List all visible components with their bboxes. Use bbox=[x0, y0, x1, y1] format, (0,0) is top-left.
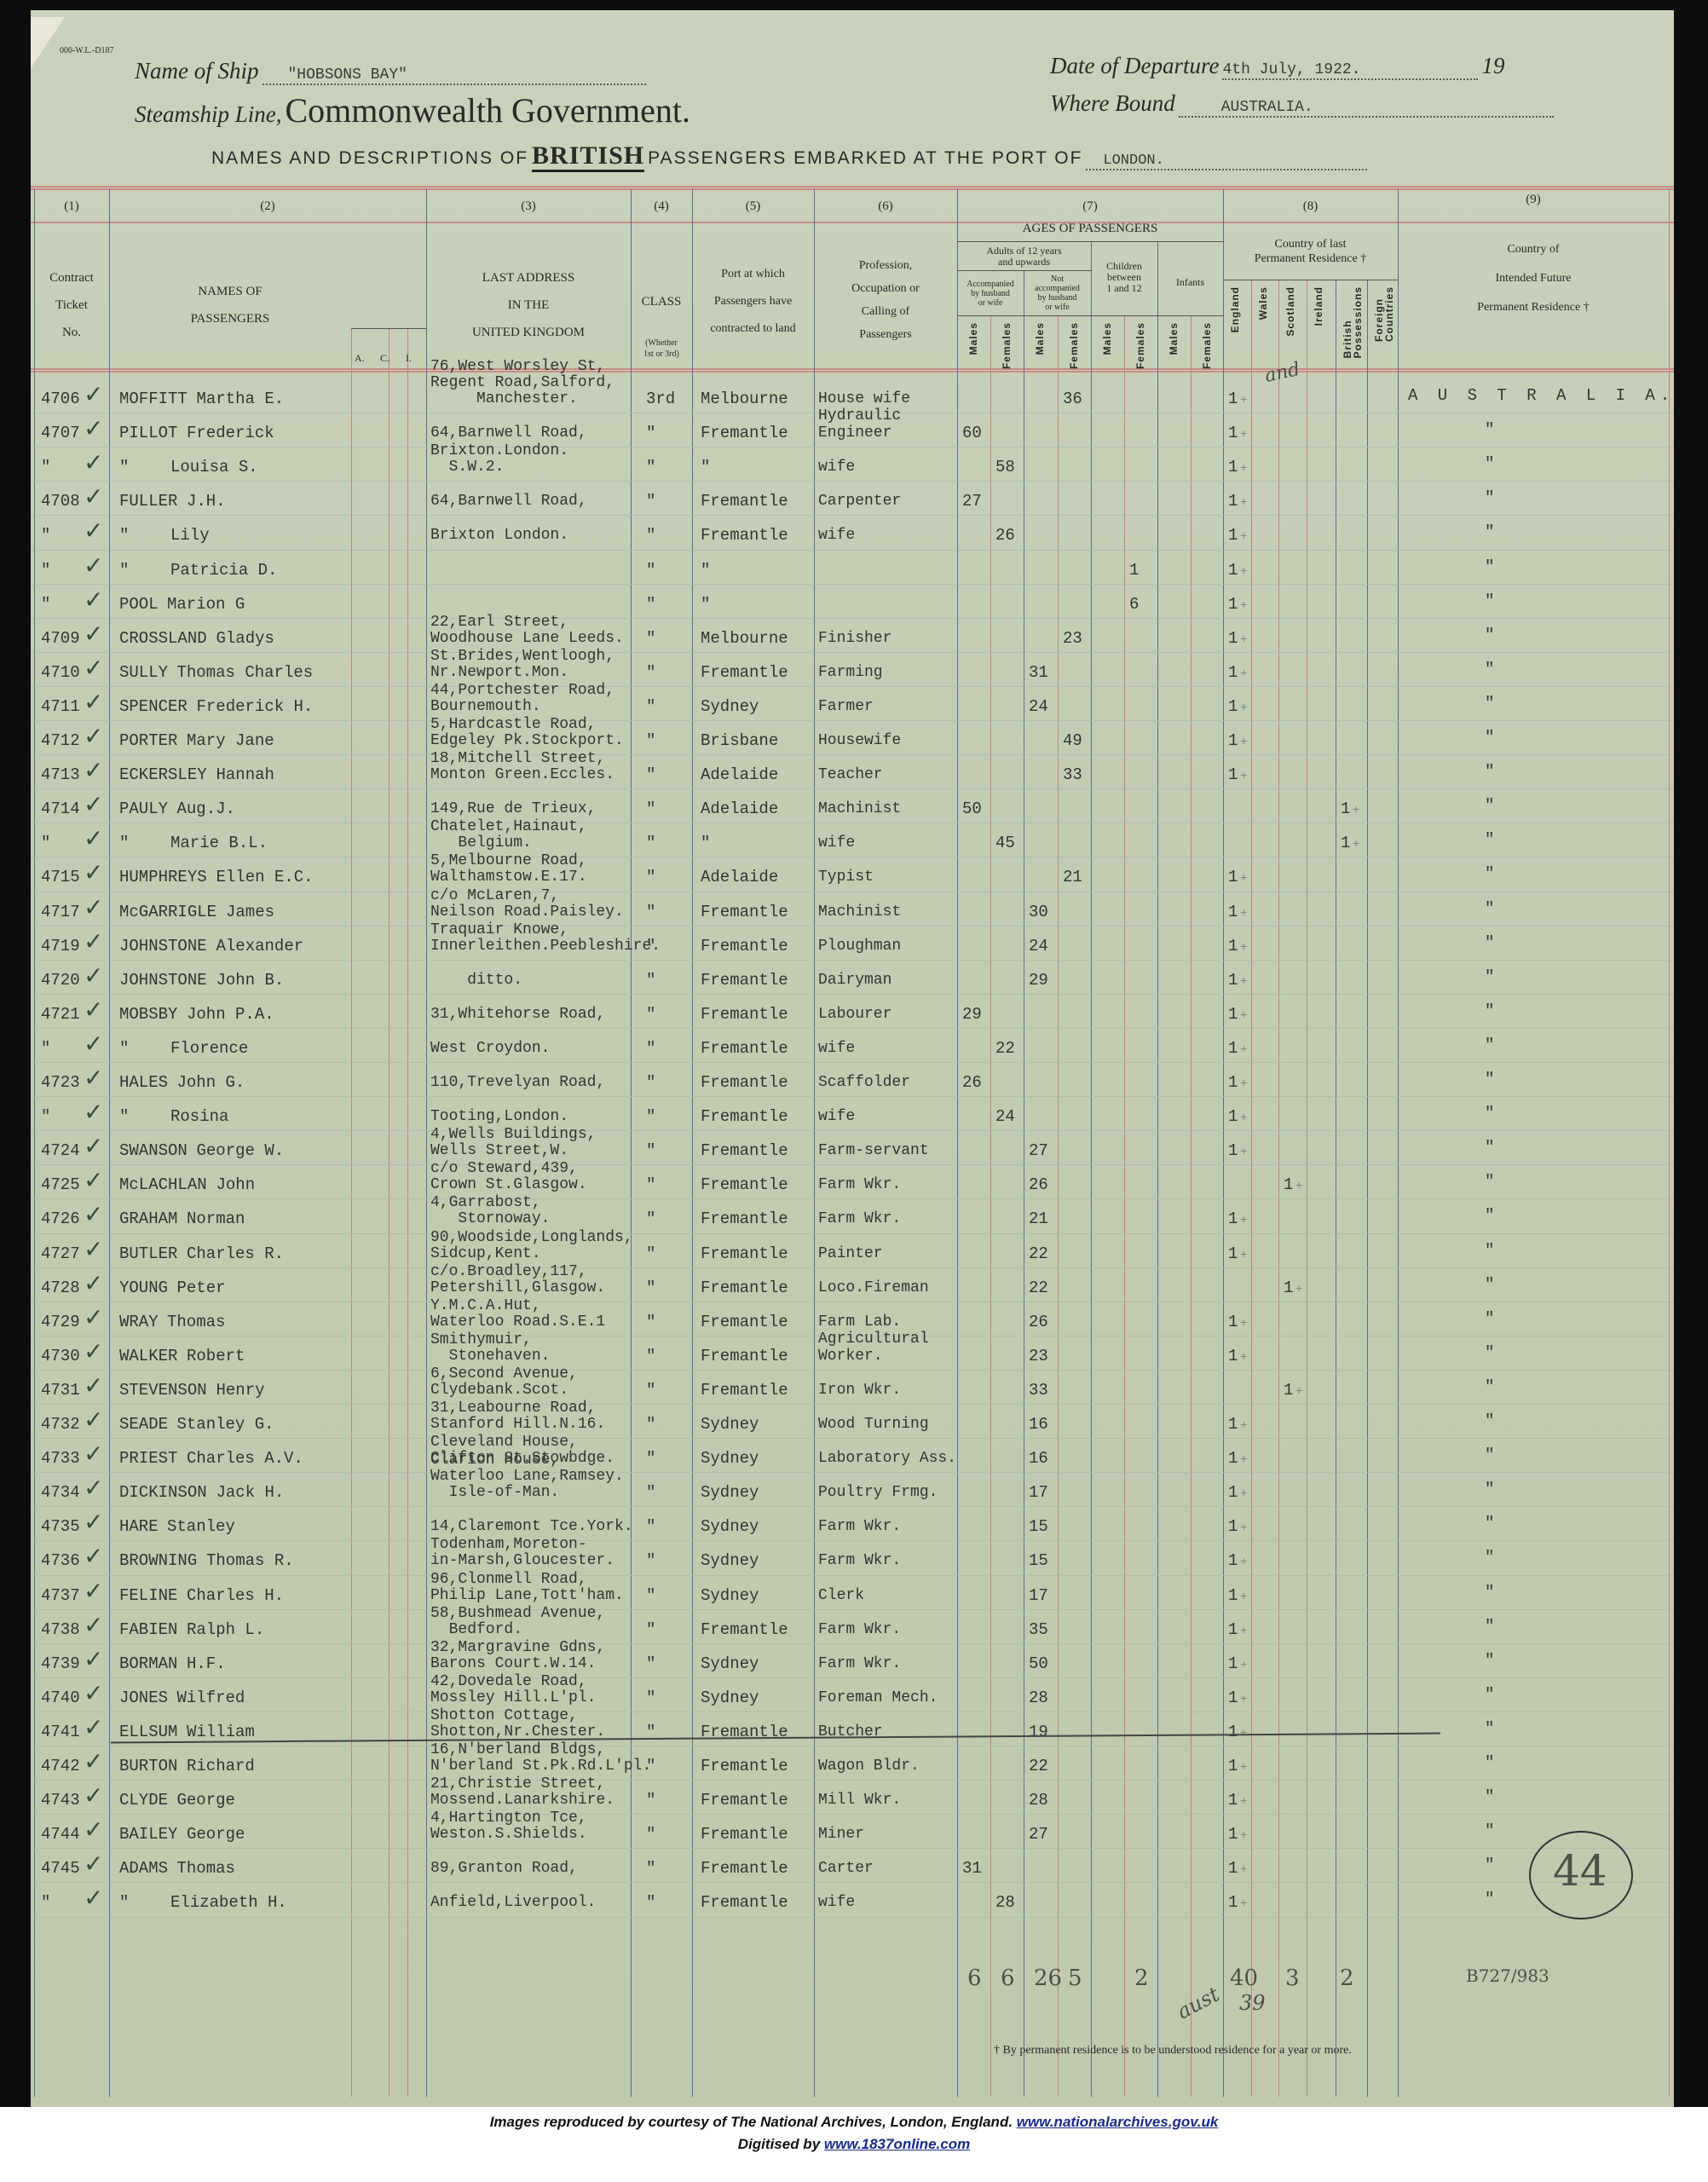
passenger-age: 19 bbox=[1029, 1723, 1048, 1740]
last-residence-mark: 1 bbox=[1228, 1074, 1238, 1091]
ticket-number: " bbox=[41, 596, 50, 613]
port-of-landing: Fremantle bbox=[701, 1279, 788, 1296]
row-rule bbox=[31, 1780, 1674, 1781]
last-residence-mark: 1 bbox=[1228, 1348, 1238, 1365]
passenger-age: 22 bbox=[1029, 1758, 1048, 1775]
row-rule bbox=[31, 857, 1674, 857]
credits-bar: Images reproduced by courtesy of The Nat… bbox=[0, 2107, 1708, 2182]
age-subheader-males: Males bbox=[967, 322, 979, 355]
last-address: Smithymuir, Stonehaven. bbox=[430, 1332, 550, 1365]
passenger-class: " bbox=[646, 1621, 655, 1638]
occupation: Farm Wkr. bbox=[818, 1552, 901, 1569]
ticket-number: " bbox=[41, 527, 50, 544]
departure-label: Date of Departure bbox=[1050, 53, 1219, 78]
passenger-class: " bbox=[646, 1382, 655, 1399]
last-address: 64,Barnwell Road, bbox=[430, 494, 587, 510]
checkmark-icon: ✓ bbox=[84, 620, 103, 648]
row-rule bbox=[31, 1575, 1674, 1576]
passenger-class: " bbox=[646, 1074, 655, 1091]
last-residence-mark: 1 bbox=[1228, 527, 1238, 544]
row-rule bbox=[31, 1472, 1674, 1473]
passenger-class: " bbox=[646, 1176, 655, 1193]
plus-mark: + bbox=[1240, 426, 1247, 443]
plus-mark: + bbox=[1240, 1110, 1247, 1127]
passenger-class: " bbox=[646, 732, 655, 749]
column-rule bbox=[1398, 189, 1399, 2097]
future-residence: " bbox=[1485, 1002, 1494, 1019]
plus-mark: + bbox=[1295, 1281, 1302, 1298]
ticket-number: 4723 bbox=[41, 1074, 80, 1091]
passenger-age: 26 bbox=[1029, 1176, 1048, 1193]
folded-corner bbox=[31, 17, 65, 68]
port-value: LONDON. bbox=[1086, 153, 1367, 170]
residence-total-british: 2 bbox=[1340, 1966, 1354, 1991]
future-residence: A U S T R A L I A. bbox=[1408, 387, 1675, 404]
last-address: 42,Dovedale Road, Mossley Hill.L'pl. bbox=[430, 1674, 596, 1706]
title-suffix: PASSENGERS EMBARKED AT THE PORT OF bbox=[648, 148, 1082, 168]
column-rule bbox=[1307, 280, 1307, 2097]
occupation: Farm Wkr. bbox=[818, 1176, 901, 1193]
port-of-landing: Sydney bbox=[701, 1518, 759, 1535]
passenger-given-name: Ralph L. bbox=[187, 1621, 264, 1638]
last-address: 6,Second Avenue, Clydebank.Scot. bbox=[430, 1366, 578, 1399]
checkmark-icon: ✓ bbox=[84, 1611, 103, 1639]
last-residence-mark: 1 bbox=[1228, 664, 1238, 681]
column-rule bbox=[1091, 241, 1092, 2097]
last-address: Shotton Cottage, Shotton,Nr.Chester. bbox=[430, 1708, 605, 1740]
passenger-class: " bbox=[646, 664, 655, 681]
passenger-given-name: Charles A.V. bbox=[187, 1450, 303, 1467]
plus-mark: + bbox=[1240, 1212, 1247, 1229]
passenger-given-name: Aug.J. bbox=[177, 800, 235, 817]
plus-mark: + bbox=[1240, 1623, 1247, 1640]
column-rule bbox=[1251, 280, 1252, 2097]
future-residence: " bbox=[1485, 661, 1494, 678]
ticket-number: 4707 bbox=[41, 424, 80, 442]
future-residence: " bbox=[1485, 1242, 1494, 1259]
passenger-surname: ELLSUM bbox=[119, 1723, 177, 1740]
ticket-number: 4710 bbox=[41, 664, 80, 681]
row-rule bbox=[31, 1917, 1674, 1918]
port-of-landing: Melbourne bbox=[701, 630, 788, 647]
occupation: Foreman Mech. bbox=[818, 1689, 938, 1706]
last-address: 4,Hartington Tce, Weston.S.Shields. bbox=[430, 1810, 587, 1843]
last-residence-mark: 1 bbox=[1228, 459, 1238, 476]
passenger-class: " bbox=[646, 766, 655, 783]
occupation: wife bbox=[818, 1894, 855, 1911]
checkmark-icon: ✓ bbox=[84, 482, 103, 511]
passenger-surname: SEADE bbox=[119, 1416, 168, 1433]
future-residence: " bbox=[1485, 1105, 1494, 1122]
checkmark-icon: ✓ bbox=[84, 1303, 103, 1331]
occupation: wife bbox=[818, 527, 855, 544]
row-rule bbox=[31, 960, 1674, 961]
row-rule bbox=[31, 926, 1674, 926]
row-rule bbox=[31, 1370, 1674, 1371]
occupation: Agricultural Worker. bbox=[818, 1331, 929, 1365]
port-of-landing: Sydney bbox=[701, 1655, 759, 1672]
port-of-landing: Fremantle bbox=[701, 1894, 788, 1911]
checkmark-icon: ✓ bbox=[84, 448, 103, 476]
occupation: wife bbox=[818, 834, 855, 851]
row-rule bbox=[31, 1882, 1674, 1883]
ticket-number: " bbox=[41, 834, 50, 851]
port-of-landing: Fremantle bbox=[701, 1792, 788, 1809]
ticket-number: 4719 bbox=[41, 938, 80, 955]
passenger-class: " bbox=[646, 1313, 655, 1331]
port-of-landing: " bbox=[701, 562, 710, 579]
passenger-given-name: Patricia D. bbox=[170, 562, 277, 579]
future-residence: " bbox=[1485, 1788, 1494, 1805]
passenger-age: 33 bbox=[1029, 1382, 1048, 1399]
passenger-surname: BUTLER bbox=[119, 1245, 177, 1262]
ticket-number: 4715 bbox=[41, 869, 80, 886]
ticket-number: 4729 bbox=[41, 1313, 80, 1331]
port-of-landing: " bbox=[701, 459, 710, 476]
passenger-surname: FULLER bbox=[119, 493, 177, 510]
passenger-surname: PORTER bbox=[119, 732, 177, 749]
last-address: 149,Rue de Trieux, bbox=[430, 801, 596, 817]
passenger-age: 24 bbox=[1029, 698, 1048, 715]
passenger-class: " bbox=[646, 1826, 655, 1843]
ticket-number: 4727 bbox=[41, 1245, 80, 1262]
ticket-number: 4730 bbox=[41, 1348, 80, 1365]
passenger-age: 6 bbox=[1129, 596, 1139, 613]
port-of-landing: Sydney bbox=[701, 1587, 759, 1604]
row-rule bbox=[31, 584, 1674, 585]
future-residence: " bbox=[1485, 421, 1494, 438]
title-prefix: NAMES AND DESCRIPTIONS OF bbox=[211, 148, 528, 168]
column-rule bbox=[34, 189, 35, 2097]
age-subheader-males: Males bbox=[1168, 322, 1180, 355]
passenger-given-name: Charles H. bbox=[187, 1587, 284, 1604]
passenger-surname: MOBSBY bbox=[119, 1006, 177, 1023]
ticket-number: 4735 bbox=[41, 1518, 80, 1535]
port-of-landing: Sydney bbox=[701, 1416, 759, 1433]
checkmark-icon: ✓ bbox=[84, 996, 103, 1024]
passenger-given-name: John P.A. bbox=[187, 1006, 274, 1023]
plus-mark: + bbox=[1240, 1349, 1247, 1366]
plus-mark: + bbox=[1353, 802, 1359, 819]
row-rule bbox=[31, 1506, 1674, 1507]
column-rule bbox=[1157, 241, 1158, 2097]
passenger-class: " bbox=[646, 1348, 655, 1365]
col-number-7: (7) bbox=[957, 199, 1223, 214]
passenger-surname: McLACHLAN bbox=[119, 1176, 207, 1193]
last-residence-mark: 1 bbox=[1228, 1142, 1238, 1159]
passenger-surname: " bbox=[119, 834, 129, 851]
plus-mark: + bbox=[1295, 1178, 1302, 1195]
where-bound-field: Where Bound AUSTRALIA. bbox=[1050, 90, 1554, 118]
passenger-age: 17 bbox=[1029, 1484, 1048, 1501]
row-rule bbox=[31, 1712, 1674, 1712]
col-number-1: (1) bbox=[34, 199, 109, 214]
port-of-landing: " bbox=[701, 596, 710, 613]
plus-mark: + bbox=[1240, 1315, 1247, 1332]
row-rule bbox=[31, 618, 1674, 619]
checkmark-icon: ✓ bbox=[84, 1269, 103, 1297]
age-subheader-females: Females bbox=[1068, 322, 1080, 369]
checkmark-icon: ✓ bbox=[84, 586, 103, 614]
ticket-number: 4731 bbox=[41, 1382, 80, 1399]
header-last-address: LAST ADDRESS IN THE UNITED KINGDOM bbox=[426, 264, 631, 346]
last-address: 4,Wells Buildings, Wells Street,W. bbox=[430, 1127, 596, 1159]
plus-mark: + bbox=[1240, 939, 1247, 956]
ticket-number: 4738 bbox=[41, 1621, 80, 1638]
ticket-number: 4726 bbox=[41, 1210, 80, 1227]
checkmark-icon: ✓ bbox=[84, 1235, 103, 1263]
passenger-surname: " bbox=[119, 1040, 129, 1057]
passenger-class: " bbox=[646, 1279, 655, 1296]
age-total: 6 bbox=[967, 1966, 982, 1991]
passenger-given-name: Robert bbox=[187, 1348, 245, 1365]
ticket-number: 4709 bbox=[41, 630, 80, 647]
passenger-given-name: Frederick H. bbox=[197, 698, 314, 715]
occupation: Machinist bbox=[818, 903, 901, 921]
port-of-landing: Fremantle bbox=[701, 1348, 788, 1365]
column-rule bbox=[1191, 315, 1192, 2097]
occupation: Machinist bbox=[818, 800, 901, 817]
residence-subheader: British Possessions bbox=[1342, 286, 1363, 358]
passenger-surname: HALES bbox=[119, 1074, 168, 1091]
column-rule bbox=[631, 189, 632, 2097]
ticket-number: 4739 bbox=[41, 1655, 80, 1672]
credit-text-1: Images reproduced by courtesy of The Nat… bbox=[490, 2114, 1013, 2130]
row-rule bbox=[31, 1198, 1674, 1199]
future-residence: " bbox=[1485, 797, 1494, 814]
passenger-age: 49 bbox=[1063, 732, 1082, 749]
last-address: Tooting,London. bbox=[430, 1109, 568, 1125]
port-of-landing: Fremantle bbox=[701, 1176, 788, 1193]
row-rule bbox=[31, 1438, 1674, 1439]
passenger-age: 28 bbox=[1029, 1792, 1048, 1809]
header-children: Children between 1 and 12 bbox=[1091, 261, 1157, 294]
passenger-given-name: George W. bbox=[197, 1142, 285, 1159]
national-archives-link[interactable]: www.nationalarchives.gov.uk bbox=[1017, 2114, 1219, 2130]
form-code: 000-W.L.-D187 bbox=[60, 46, 114, 55]
passenger-age: 16 bbox=[1029, 1416, 1048, 1433]
port-of-landing: Fremantle bbox=[701, 1108, 788, 1125]
checkmark-icon: ✓ bbox=[84, 1166, 103, 1194]
plus-mark: + bbox=[1240, 1007, 1247, 1025]
last-residence-mark: 1 bbox=[1228, 493, 1238, 510]
sub-a: A. bbox=[355, 353, 365, 364]
checkmark-icon: ✓ bbox=[84, 1679, 103, 1707]
col-number-3: (3) bbox=[426, 199, 631, 214]
col-number-6: (6) bbox=[814, 199, 957, 214]
occupation: Finisher bbox=[818, 630, 892, 647]
checkmark-icon: ✓ bbox=[84, 1132, 103, 1160]
passenger-age: 24 bbox=[995, 1108, 1015, 1125]
departure-suffix: 19 bbox=[1481, 53, 1504, 78]
row-rule bbox=[31, 686, 1674, 687]
ticket-number: " bbox=[41, 1040, 50, 1057]
header-port: Port at which Passengers have contracted… bbox=[692, 261, 814, 343]
checkmark-icon: ✓ bbox=[84, 1884, 103, 1912]
last-address: ditto. bbox=[430, 973, 522, 989]
passenger-age: 60 bbox=[962, 424, 982, 442]
passenger-age: 50 bbox=[1029, 1655, 1048, 1672]
passenger-surname: YOUNG bbox=[119, 1279, 168, 1296]
occupation: Iron Wkr. bbox=[818, 1382, 901, 1399]
passenger-class: " bbox=[646, 1040, 655, 1057]
row-rule bbox=[31, 1404, 1674, 1405]
ticket-number: 4720 bbox=[41, 972, 80, 989]
passenger-class: " bbox=[646, 1860, 655, 1877]
last-address: 21,Christie Street, Mossend.Lanarkshire. bbox=[430, 1776, 615, 1809]
plus-mark: + bbox=[1240, 1896, 1247, 1913]
passenger-age: 21 bbox=[1029, 1210, 1048, 1227]
last-residence-mark: 1 bbox=[1228, 732, 1238, 749]
plus-mark: + bbox=[1240, 1759, 1247, 1776]
port-of-landing: Fremantle bbox=[701, 493, 788, 510]
column-rule bbox=[692, 189, 693, 2097]
checkmark-icon: ✓ bbox=[84, 551, 103, 580]
annotation-aust-count: 39 bbox=[1239, 1991, 1266, 2015]
row-rule bbox=[31, 1130, 1674, 1131]
last-address: St.Brides,Wentloogh, Nr.Newport.Mon. bbox=[430, 649, 615, 681]
future-residence: " bbox=[1485, 523, 1494, 540]
passenger-given-name: Wilfred bbox=[177, 1689, 245, 1706]
port-of-landing: Fremantle bbox=[701, 527, 788, 544]
row-rule bbox=[31, 1643, 1674, 1644]
last-address: Todenham,Moreton- in-Marsh,Gloucester. bbox=[430, 1537, 615, 1569]
occupation: Hydraulic Engineer bbox=[818, 407, 901, 442]
age-total: 2 bbox=[1134, 1966, 1149, 1991]
passenger-class: " bbox=[646, 1450, 655, 1467]
passenger-surname: " bbox=[119, 527, 129, 544]
last-residence-mark: 1 bbox=[1228, 1245, 1238, 1262]
future-residence: " bbox=[1485, 1720, 1494, 1737]
plus-mark: + bbox=[1240, 666, 1247, 683]
occupation: wife bbox=[818, 1108, 855, 1125]
passenger-class: " bbox=[646, 493, 655, 510]
last-residence-mark: 1 bbox=[1228, 630, 1238, 647]
last-residence-mark: 1 bbox=[1228, 1587, 1238, 1604]
passenger-surname: " bbox=[119, 562, 129, 579]
passenger-age: 26 bbox=[962, 1074, 982, 1091]
last-residence-mark: 1 bbox=[1228, 1621, 1238, 1638]
occupation: Farming bbox=[818, 664, 883, 681]
last-residence-mark: 1 bbox=[1228, 1313, 1238, 1331]
last-residence-mark: 1 bbox=[1228, 424, 1238, 442]
passenger-surname: FELINE bbox=[119, 1587, 177, 1604]
occupation: wife bbox=[818, 1040, 855, 1057]
future-residence: " bbox=[1485, 968, 1494, 985]
column-rule bbox=[407, 328, 408, 2097]
plus-mark: + bbox=[1240, 1042, 1247, 1059]
ticket-number: 4742 bbox=[41, 1758, 80, 1775]
port-of-landing: Adelaide bbox=[701, 800, 778, 817]
last-address: 89,Granton Road, bbox=[430, 1861, 578, 1877]
passenger-age: 28 bbox=[1029, 1689, 1048, 1706]
checkmark-icon: ✓ bbox=[84, 1508, 103, 1536]
last-address: 5,Melbourne Road, Walthamstow.E.17. bbox=[430, 853, 587, 886]
checkmark-icon: ✓ bbox=[84, 1337, 103, 1365]
passenger-age: 15 bbox=[1029, 1518, 1048, 1535]
passenger-surname: " bbox=[119, 1108, 129, 1125]
last-residence-mark: 1 bbox=[1228, 1040, 1238, 1057]
header-last-residence: Country of last Permanent Residence † bbox=[1223, 237, 1398, 266]
passenger-given-name: John B. bbox=[216, 972, 285, 989]
future-residence: " bbox=[1485, 1446, 1494, 1463]
passenger-surname: SULLY bbox=[119, 664, 168, 681]
future-residence: " bbox=[1485, 1822, 1494, 1839]
plus-mark: + bbox=[1240, 460, 1247, 477]
passenger-surname: ECKERSLEY bbox=[119, 766, 207, 783]
future-residence: " bbox=[1485, 1618, 1494, 1635]
passenger-surname: PRIEST bbox=[119, 1450, 177, 1467]
last-residence-mark: 1 bbox=[1228, 596, 1238, 613]
future-residence: " bbox=[1485, 1173, 1494, 1190]
future-residence: " bbox=[1485, 1481, 1494, 1498]
passenger-age: 15 bbox=[1029, 1552, 1048, 1569]
port-of-landing: Fremantle bbox=[701, 903, 788, 921]
steamship-line-field: Steamship Line, Commonwealth Government. bbox=[135, 90, 690, 130]
port-of-landing: Adelaide bbox=[701, 869, 778, 886]
column-rule bbox=[1336, 280, 1336, 2097]
future-residence: " bbox=[1485, 729, 1494, 746]
occupation: Farmer bbox=[818, 698, 874, 715]
checkmark-icon: ✓ bbox=[84, 654, 103, 682]
row-rule bbox=[31, 1677, 1674, 1678]
occupation: Ploughman bbox=[818, 938, 901, 955]
plus-mark: + bbox=[1240, 392, 1247, 409]
plus-mark: + bbox=[1353, 836, 1359, 853]
ticket-number: 4745 bbox=[41, 1860, 80, 1877]
plus-mark: + bbox=[1240, 734, 1247, 751]
future-residence: " bbox=[1485, 1276, 1494, 1293]
row-rule bbox=[31, 447, 1674, 447]
plus-mark: + bbox=[1240, 1554, 1247, 1571]
future-residence: " bbox=[1485, 1412, 1494, 1429]
passenger-class: " bbox=[646, 972, 655, 989]
future-residence: " bbox=[1485, 1036, 1494, 1053]
passenger-class: " bbox=[646, 1108, 655, 1125]
header-class: CLASS bbox=[631, 288, 692, 315]
col-number-2: (2) bbox=[109, 199, 426, 214]
passenger-class: " bbox=[646, 800, 655, 817]
last-residence-mark: 1 bbox=[1228, 903, 1238, 921]
ticket-number: 4706 bbox=[41, 390, 80, 407]
occupation: Clerk bbox=[818, 1587, 864, 1604]
future-residence: " bbox=[1485, 1139, 1494, 1156]
passenger-class: " bbox=[646, 698, 655, 715]
ticket-number: 4708 bbox=[41, 493, 80, 510]
ticket-number: 4733 bbox=[41, 1450, 80, 1467]
header-infants: Infants bbox=[1157, 277, 1223, 288]
header-contract-ticket: Contract Ticket No. bbox=[34, 264, 109, 346]
ticket-number: " bbox=[41, 1894, 50, 1911]
passenger-given-name: Alexander bbox=[216, 938, 304, 955]
passenger-age: 45 bbox=[995, 834, 1015, 851]
1837online-link[interactable]: www.1837online.com bbox=[824, 2136, 970, 2152]
residence-subheader: Ireland bbox=[1313, 286, 1324, 326]
last-address: 4,Garrabost, Stornoway. bbox=[430, 1195, 550, 1227]
passenger-class: " bbox=[646, 630, 655, 647]
reference-number: B727/983 bbox=[1466, 1966, 1549, 1986]
checkmark-icon: ✓ bbox=[84, 1200, 103, 1228]
port-of-landing: Fremantle bbox=[701, 938, 788, 955]
future-residence: " bbox=[1485, 1549, 1494, 1566]
passenger-given-name: Thomas bbox=[167, 1313, 225, 1331]
last-address: Brixton London. bbox=[430, 528, 568, 544]
port-of-landing: Fremantle bbox=[701, 1074, 788, 1091]
passenger-given-name: Jack H. bbox=[216, 1484, 285, 1501]
header-ages: AGES OF PASSENGERS bbox=[957, 215, 1223, 242]
column-rule bbox=[109, 189, 110, 2097]
last-address: Traquair Knowe, Innerleithen.Peebleshire… bbox=[430, 922, 661, 955]
